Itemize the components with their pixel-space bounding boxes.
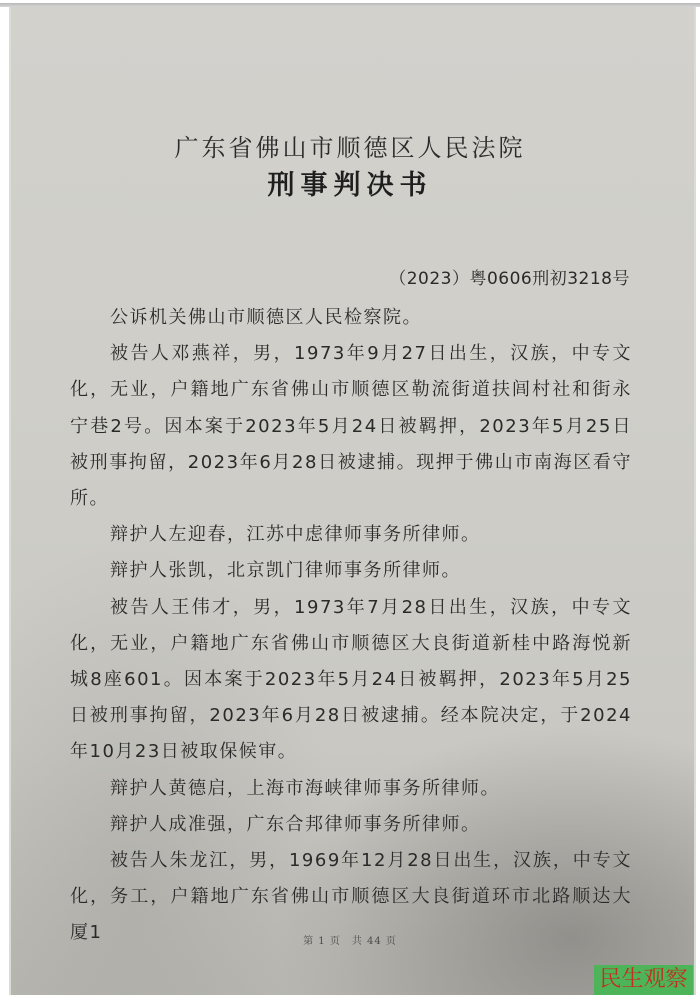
- document-title: 刑事判决书: [0, 163, 700, 202]
- watermark-badge: 民生观察: [594, 965, 693, 995]
- paragraph-defender-1: 辩护人左迎春，江苏中虑律师事务所律师。: [70, 517, 632, 553]
- paragraph-defender-3: 辩护人黄德启，上海市海峡律师事务所律师。: [70, 771, 632, 807]
- paragraph-defendant-2: 被告人王伟才，男，1973年7月28日出生，汉族，中专文化，无业，户籍地广东省佛…: [70, 590, 632, 771]
- paragraph-defendant-1: 被告人邓燕祥，男，1973年9月27日出生，汉族，中专文化，无业，户籍地广东省佛…: [70, 336, 632, 517]
- page-number-footer: 第 1 页 共 44 页: [0, 932, 700, 947]
- paragraph-prosecutor: 公诉机关佛山市顺德区人民检察院。: [70, 300, 632, 336]
- paragraph-defender-4: 辩护人成准强，广东合邦律师事务所律师。: [70, 807, 632, 843]
- paragraph-defender-2: 辩护人张凯，北京凯门律师事务所律师。: [70, 553, 632, 589]
- court-name: 广东省佛山市顺德区人民法院: [0, 128, 700, 163]
- judgment-body: 公诉机关佛山市顺德区人民检察院。 被告人邓燕祥，男，1973年9月27日出生，汉…: [70, 300, 632, 952]
- case-number: （2023）粤0606刑初3218号: [389, 264, 630, 289]
